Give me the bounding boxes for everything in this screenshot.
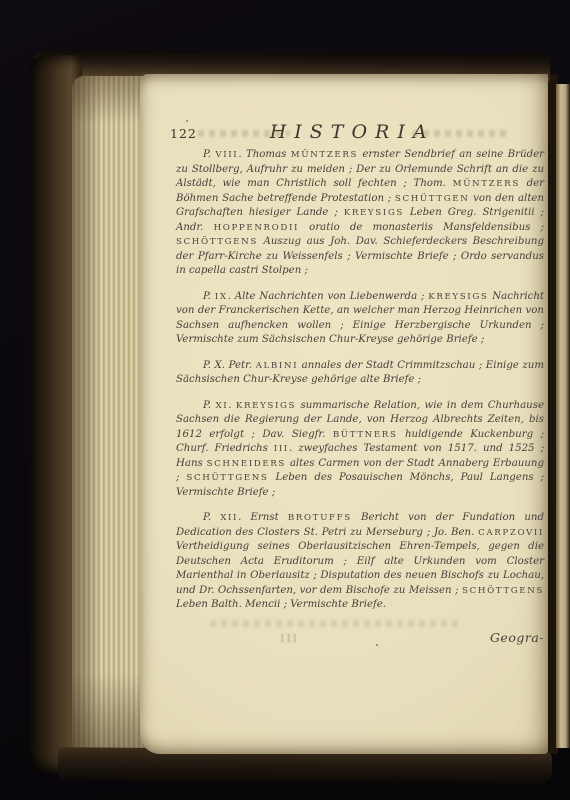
toc-paragraph-p11: P. XI. KREYSIGS summarische Relation, wi… <box>176 399 544 501</box>
book-page: 122 HISTORIA P. VIII. Thomas MÜNTZERS er… <box>140 74 548 754</box>
catchword: Geogra- <box>176 630 544 645</box>
ink-speck <box>186 120 188 122</box>
facing-page-edge <box>556 84 570 748</box>
toc-paragraph-p9: P. IX. Alte Nachrichten von Liebenwerda … <box>176 290 544 348</box>
ink-speck <box>376 644 378 646</box>
show-through-smudge <box>210 620 460 627</box>
toc-paragraph-p12: P. XII. Ernst BROTUFFS Bericht von der F… <box>176 511 544 613</box>
running-header: HISTORIA <box>270 121 435 143</box>
toc-paragraph-p10: P. X. Petr. ALBINI annales der Stadt Cri… <box>176 359 544 388</box>
page-fore-edges <box>72 76 148 754</box>
page-number: 122 <box>170 126 197 141</box>
toc-paragraph-p8: P. VIII. Thomas MÜNTZERS ernster Sendbri… <box>176 148 544 279</box>
table-of-contents-text: P. VIII. Thomas MÜNTZERS ernster Sendbri… <box>176 148 544 624</box>
book-photograph: 122 HISTORIA P. VIII. Thomas MÜNTZERS er… <box>0 0 570 800</box>
